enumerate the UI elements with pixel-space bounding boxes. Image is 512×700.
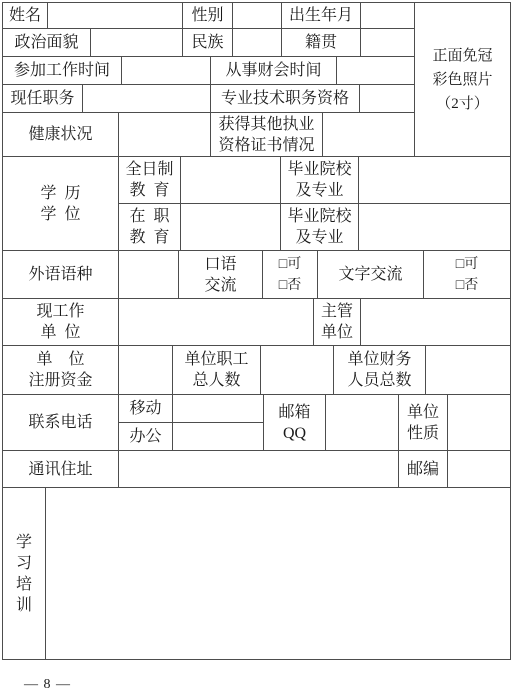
native-place-value-cell — [360, 28, 415, 57]
staff-total-label: 单位职工 总人数 — [172, 345, 261, 395]
training-content-cell — [45, 487, 511, 660]
accounting-start-value-cell — [336, 56, 415, 85]
on-job-school-major-label: 毕业院校 及专业 — [280, 203, 359, 251]
oral-communication-label: 口语 交流 — [178, 250, 263, 299]
phone-label: 联系电话 — [2, 394, 119, 451]
full-time-education-value-cell — [180, 156, 281, 204]
oral-communication-checkboxes: □可 □否 — [262, 250, 318, 299]
email-qq-label: 邮箱 QQ — [263, 394, 326, 451]
gender-label: 性别 — [182, 2, 233, 29]
office-phone-label: 办公 — [118, 422, 173, 451]
photo-placeholder: 正面免冠 彩色照片 （2寸） — [414, 2, 511, 157]
registered-capital-value-cell — [118, 345, 173, 395]
full-time-school-major-label: 毕业院校 及专业 — [280, 156, 359, 204]
accounting-start-label: 从事财会时间 — [210, 56, 337, 85]
email-qq-value-cell — [325, 394, 401, 451]
staff-total-value-cell — [260, 345, 334, 395]
political-status-label: 政治面貌 — [2, 28, 91, 57]
name-value-cell — [47, 2, 183, 29]
finance-staff-value-cell — [425, 345, 511, 395]
finance-staff-label: 单位财务 人员总数 — [333, 345, 426, 395]
name-label: 姓名 — [2, 2, 48, 29]
written-communication-label: 文字交流 — [317, 250, 424, 299]
mobile-phone-label: 移动 — [118, 394, 173, 423]
birth-date-label: 出生年月 — [281, 2, 361, 29]
professional-title-label: 专业技术职务资格 — [210, 84, 360, 113]
gender-value-cell — [232, 2, 282, 29]
work-start-value-cell — [121, 56, 211, 85]
on-job-education-value-cell — [180, 203, 281, 251]
registration-form-table: 姓名 性别 出生年月 正面免冠 彩色照片 （2寸） 政治面貌 民族 籍贯 参加工… — [2, 2, 511, 660]
registered-capital-label: 单 位 注册资金 — [2, 345, 119, 395]
training-section-label: 学 习 培 训 — [2, 487, 46, 660]
current-position-label: 现任职务 — [2, 84, 83, 113]
address-label: 通讯住址 — [2, 450, 119, 488]
political-status-value-cell — [90, 28, 183, 57]
supervisor-unit-value-cell — [360, 298, 511, 346]
health-value-cell — [118, 112, 211, 157]
foreign-language-value-cell — [118, 250, 179, 299]
health-label: 健康状况 — [2, 112, 119, 157]
birth-date-value-cell — [360, 2, 415, 29]
mobile-phone-value-cell — [172, 394, 264, 423]
form-document-page: 姓名 性别 出生年月 正面免冠 彩色照片 （2寸） 政治面貌 民族 籍贯 参加工… — [0, 0, 512, 700]
postcode-label: 邮编 — [398, 450, 448, 488]
page-number: — 8 — — [24, 677, 71, 693]
office-phone-value-cell — [172, 422, 264, 451]
ethnicity-value-cell — [232, 28, 282, 57]
postcode-value-cell — [447, 450, 511, 488]
work-start-label: 参加工作时间 — [2, 56, 122, 85]
unit-type-value-cell — [447, 394, 511, 451]
current-unit-label: 现工作 单 位 — [2, 298, 119, 346]
education-section-label: 学 历 学 位 — [2, 156, 119, 251]
ethnicity-label: 民族 — [182, 28, 233, 57]
unit-type-label: 单位 性质 — [398, 394, 448, 451]
foreign-language-label: 外语语种 — [2, 250, 119, 299]
written-communication-checkboxes: □可 □否 — [423, 250, 511, 299]
on-job-education-label: 在 职 教 育 — [118, 203, 181, 251]
address-value-cell — [118, 450, 399, 488]
other-certificates-value-cell — [322, 112, 415, 157]
current-unit-value-cell — [118, 298, 314, 346]
native-place-label: 籍贯 — [281, 28, 361, 57]
on-job-school-major-value-cell — [358, 203, 511, 251]
current-position-value-cell — [82, 84, 211, 113]
full-time-education-label: 全日制 教 育 — [118, 156, 181, 204]
professional-title-value-cell — [359, 84, 415, 113]
other-certificates-label: 获得其他执业 资格证书情况 — [210, 112, 323, 157]
full-time-school-major-value-cell — [358, 156, 511, 204]
supervisor-unit-label: 主管 单位 — [313, 298, 361, 346]
